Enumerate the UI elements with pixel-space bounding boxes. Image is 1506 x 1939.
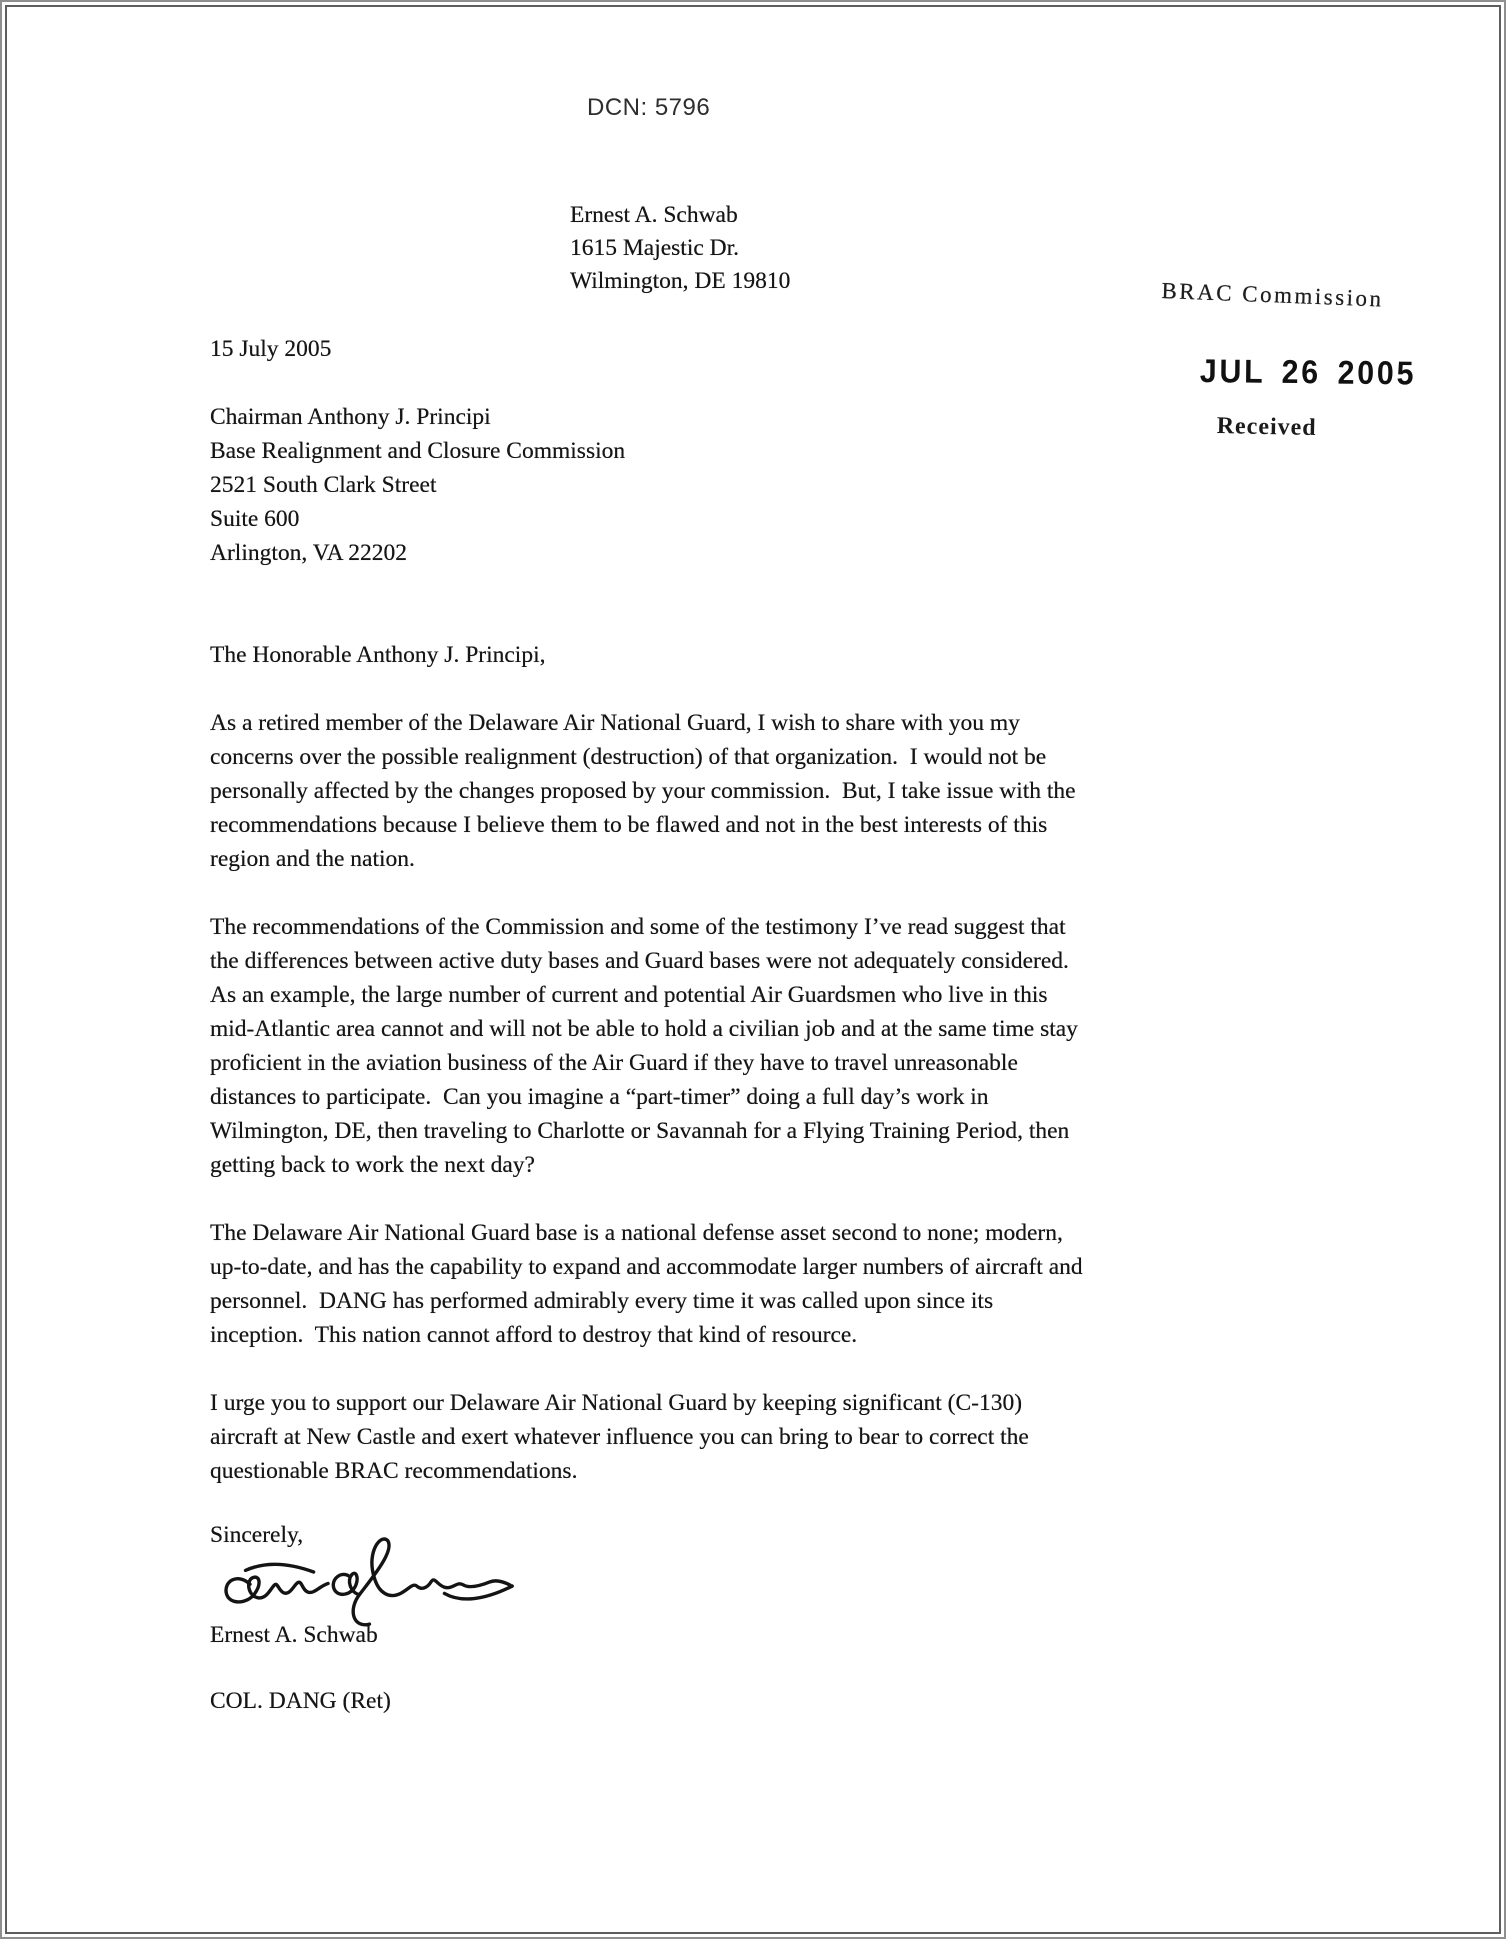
letter-date: 15 July 2005 (210, 332, 1088, 366)
signer-title: COL. DANG (Ret) (210, 1684, 1088, 1718)
letter-body: 15 July 2005 Chairman Anthony J. Princip… (210, 332, 1088, 1718)
stamp-organization: BRAC Commission (1161, 278, 1384, 313)
recipient-address-block: Chairman Anthony J. Principi Base Realig… (210, 400, 1088, 570)
body-paragraph: As a retired member of the Delaware Air … (210, 706, 1088, 876)
handwritten-signature (216, 1536, 526, 1628)
body-paragraph: I urge you to support our Delaware Air N… (210, 1386, 1088, 1488)
recipient-line: 2521 South Clark Street (210, 468, 1088, 502)
sender-name: Ernest A. Schwab (570, 199, 790, 232)
signature-strokes (214, 1531, 527, 1634)
sender-city-state-zip: Wilmington, DE 19810 (570, 265, 790, 298)
recipient-line: Arlington, VA 22202 (210, 536, 1088, 570)
recipient-line: Base Realignment and Closure Commission (210, 434, 1088, 468)
recipient-line: Chairman Anthony J. Principi (210, 400, 1088, 434)
scanned-letter-page: DCN: 5796 Ernest A. Schwab 1615 Majestic… (0, 0, 1506, 1939)
stamp-date: JUL 26 2005 (1200, 352, 1417, 392)
recipient-line: Suite 600 (210, 502, 1088, 536)
body-paragraph: The recommendations of the Commission an… (210, 910, 1088, 1182)
sender-street: 1615 Majestic Dr. (570, 232, 790, 265)
dcn-number: DCN: 5796 (587, 94, 710, 122)
sender-address-block: Ernest A. Schwab 1615 Majestic Dr. Wilmi… (570, 199, 790, 298)
stamp-received-label: Received (1216, 413, 1317, 442)
salutation: The Honorable Anthony J. Principi, (210, 638, 1088, 672)
body-paragraph: The Delaware Air National Guard base is … (210, 1216, 1088, 1352)
